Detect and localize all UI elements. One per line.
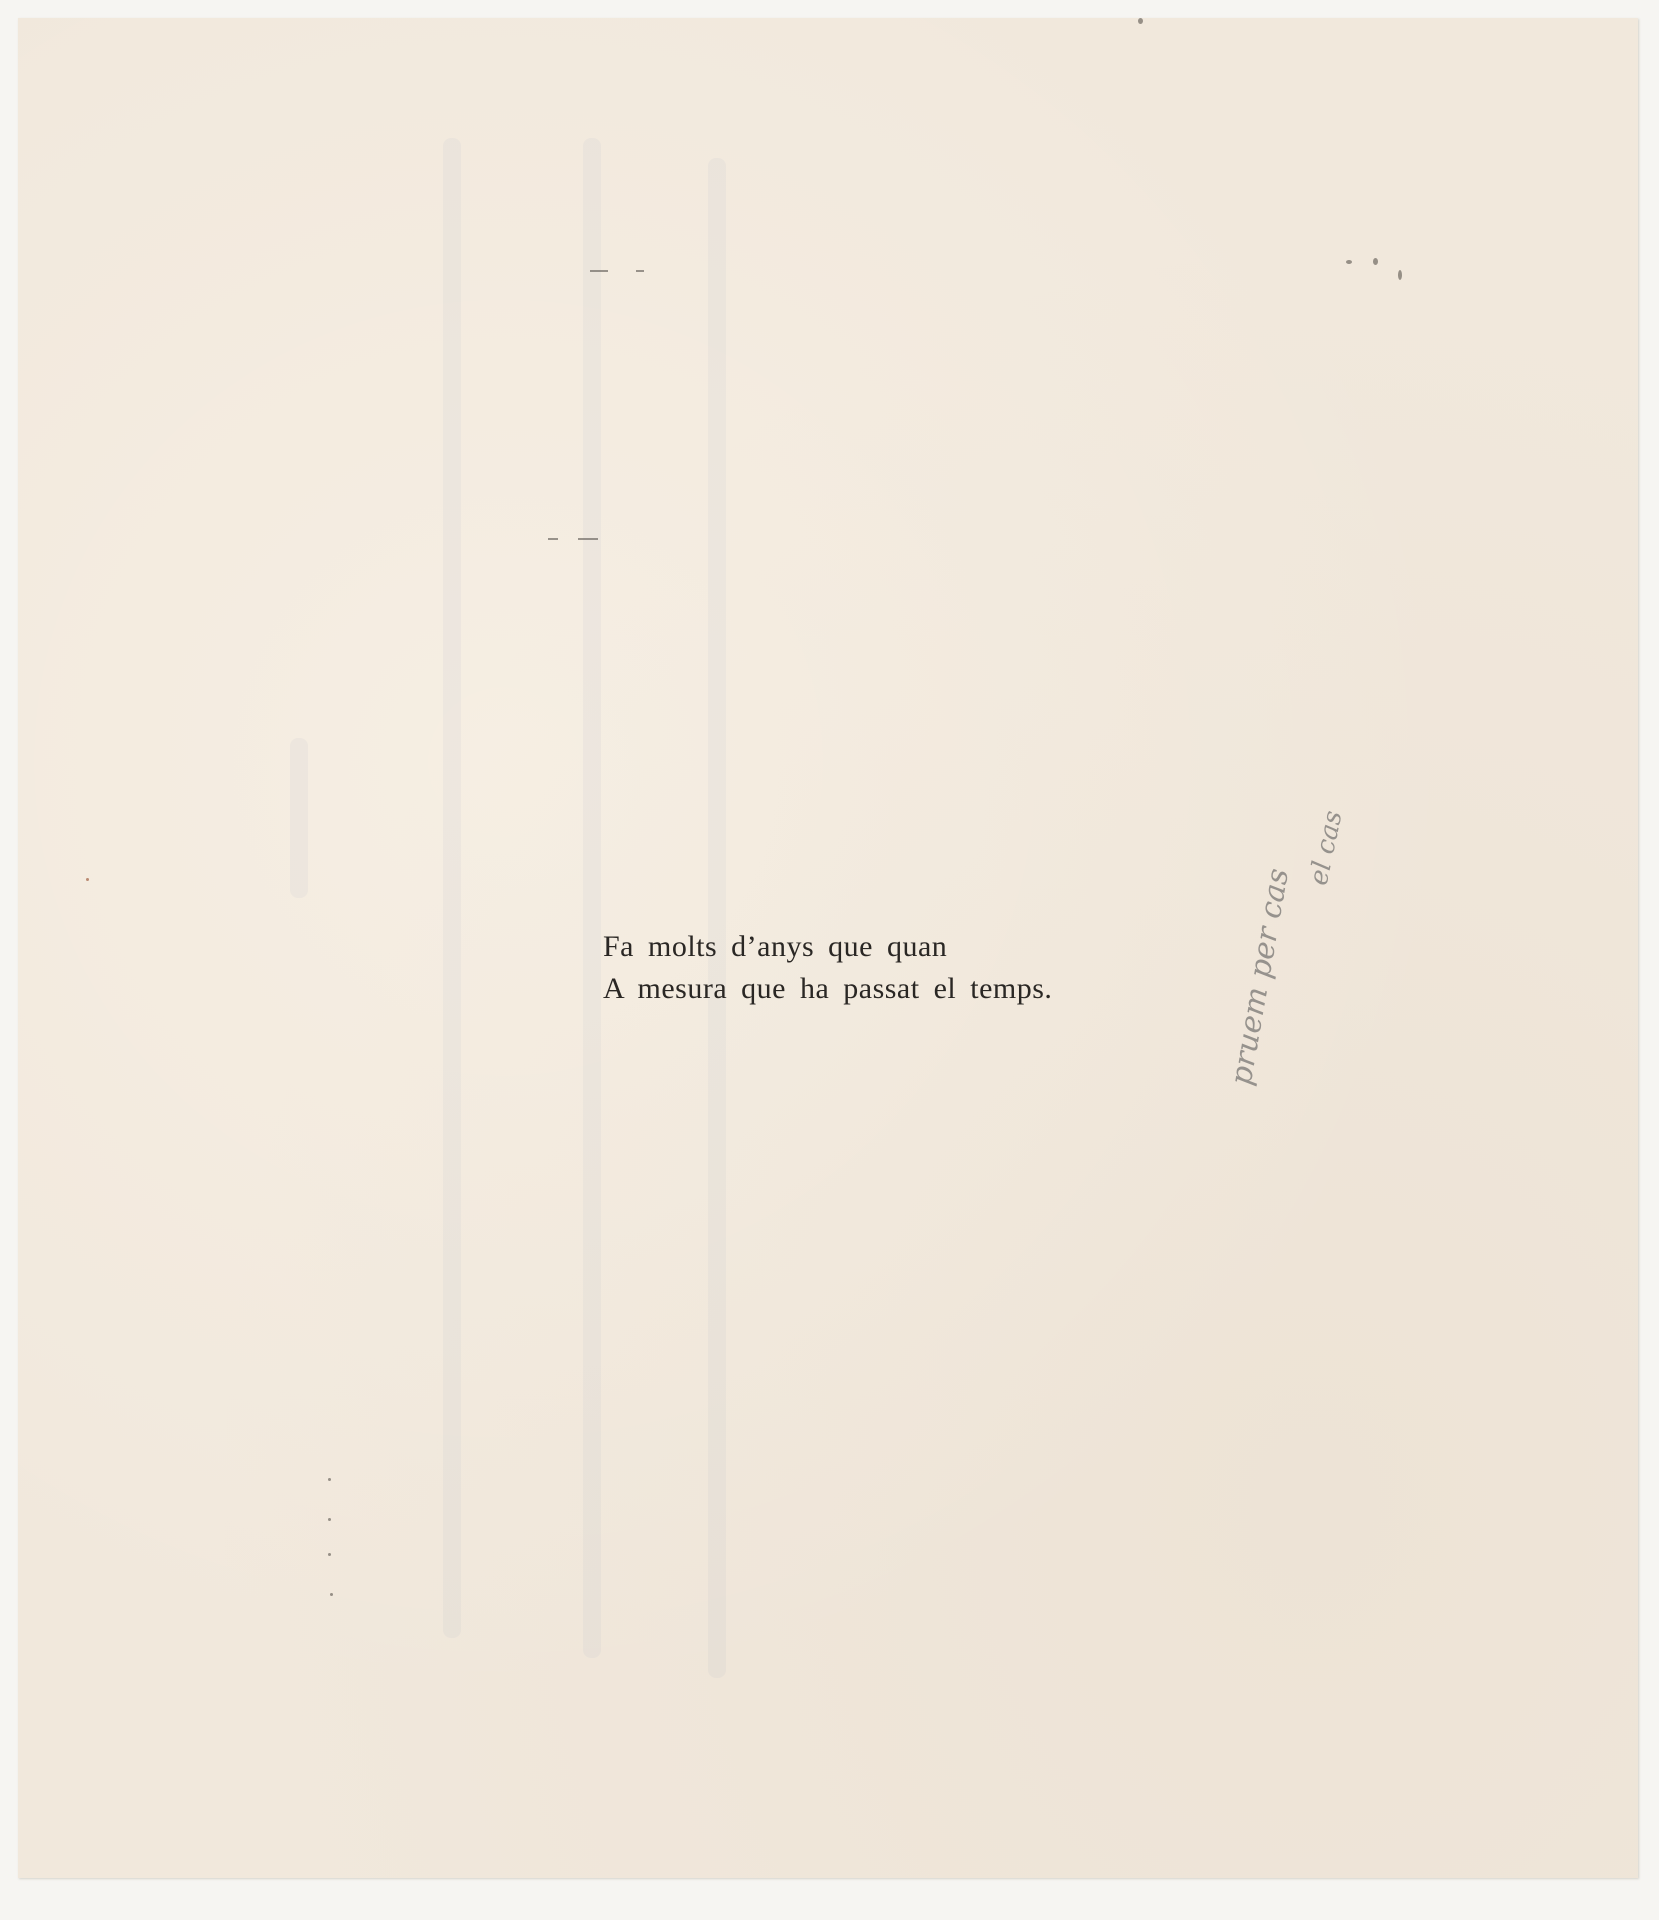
- ink-speck: [328, 1478, 331, 1481]
- handwritten-note-1: pruem per cas: [1224, 866, 1297, 1088]
- ink-speck: [1373, 258, 1378, 265]
- show-through-streak: [583, 138, 601, 1658]
- show-through-streak: [443, 138, 461, 1638]
- ink-speck: [330, 1593, 333, 1596]
- paper-sheet: Fa molts d’anys que quan A mesura que ha…: [18, 18, 1638, 1878]
- printed-line-1: Fa molts d’anys que quan: [603, 926, 1052, 968]
- ink-mark: [578, 538, 598, 540]
- ink-speck: [1346, 260, 1352, 264]
- printed-text-block: Fa molts d’anys que quan A mesura que ha…: [603, 926, 1052, 1010]
- ink-mark: [548, 538, 558, 540]
- ink-mark: [590, 270, 608, 272]
- ink-mark: [636, 270, 644, 272]
- ink-speck: [1398, 270, 1402, 280]
- ink-speck: [328, 1553, 331, 1556]
- handwritten-note-2: el cas: [1304, 808, 1349, 888]
- ink-speck: [328, 1518, 331, 1521]
- ink-speck: [86, 878, 89, 881]
- show-through-streak: [290, 738, 308, 898]
- ink-speck: [1138, 18, 1143, 24]
- show-through-streak: [708, 158, 726, 1678]
- printed-line-2: A mesura que ha passat el temps.: [603, 968, 1052, 1010]
